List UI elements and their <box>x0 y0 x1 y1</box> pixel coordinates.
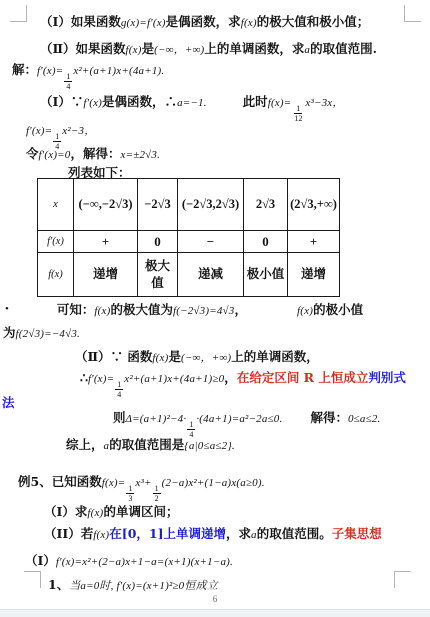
table-cell: 0 <box>244 231 288 253</box>
fraction-denominator: 12 <box>292 114 304 123</box>
math-segment: f′(x)=0 <box>39 149 71 161</box>
text-segment: 解得： <box>310 410 348 425</box>
line-inequality: ∴f′(x)=14x²+(a+1)x+(4a+1)≥0，在给定区间 R 上恒成立… <box>80 368 406 399</box>
math-segment: f′(x)= <box>88 373 114 385</box>
math-segment: 当a=0时, f′(x)=(x+1)²≥0恒成立 <box>69 580 218 592</box>
fraction-denominator: 4 <box>64 82 72 91</box>
table-cell: (2√3,+∞) <box>288 179 340 231</box>
text-segment: 令 <box>26 146 39 161</box>
text-segment: 是偶函数，求 <box>166 14 241 29</box>
table-cell: 递增 <box>288 253 340 297</box>
text-segment: ∴ <box>80 370 88 385</box>
math-segment: f′(x)=x²+(2−a)x+1−a=(x+1)(x+1−a). <box>56 556 233 568</box>
table-cell: 极小值 <box>244 253 288 297</box>
table-cell: (−2√3,2√3) <box>178 179 244 231</box>
fraction-numerator: 1 <box>153 484 161 494</box>
text-segment: 是 <box>142 41 155 56</box>
table-row: f(x) 递增 极大值 递减 极小值 递增 <box>38 253 340 297</box>
text-segment: 上的单调函数，求 <box>204 41 304 56</box>
text-segment: 的极大值为 <box>110 302 173 317</box>
table-cell: 2√3 <box>244 179 288 231</box>
table-row: x (−∞,−2√3) −2√3 (−2√3,2√3) 2√3 (2√3,+∞) <box>38 179 340 231</box>
text-segment: 例5、已知函数 <box>18 474 102 489</box>
text-segment: （Ⅱ）如果函数 <box>40 41 126 56</box>
table-cell: + <box>288 231 340 253</box>
table-cell: − <box>178 231 244 253</box>
fraction-numerator: 1 <box>187 420 195 430</box>
math-segment: x²+(a+1)x+(4a+1)≥0 <box>124 373 224 385</box>
line-question-1: （Ⅰ）如果函数g(x)=f′(x)是偶函数，求f(x)的极大值和极小值； <box>40 12 369 33</box>
math-segment: f′(x)= <box>37 65 63 77</box>
margin-mark-bottom-left <box>24 571 41 588</box>
line-solution-derivative: 解：f′(x)=14x²+(a+1)x+(4a+1). <box>12 60 164 91</box>
table-cell: f′(x) <box>38 231 74 253</box>
line-example5: 例5、已知函数f(x)=13x³+12(2−a)x²+(1−a)x(a≥0). <box>18 472 265 503</box>
math-segment: a=−1. <box>177 97 207 109</box>
text-segment: 上的单调函数， <box>231 349 319 364</box>
text-segment: （II）若 <box>44 526 93 541</box>
math-segment: g(x)=f′(x) <box>121 17 166 29</box>
line-annotation-continued: 法 <box>2 393 15 414</box>
line-solve-roots: 令f′(x)=0，解得：x=±2√3. <box>26 144 160 165</box>
text-segment: 是偶函数， <box>102 94 165 109</box>
text-segment: 的取值范围。 <box>257 526 332 541</box>
line-extrema-conclusion-2: 为f(2√3)=−4√3. <box>3 323 80 344</box>
fraction-1-12: 112 <box>292 104 304 123</box>
table-cell: −2√3 <box>138 179 178 231</box>
line-example5-part2: （II）若f(x)在[0，1]上单调递增，求a的取值范围。子集思想 <box>44 524 382 545</box>
line-case1: 1、当a=0时, f′(x)=(x+1)²≥0恒成立 <box>48 575 218 596</box>
math-segment: (−∞，+∞) <box>181 352 231 364</box>
text-segment: （I） <box>25 553 56 568</box>
bullet-icon: • <box>5 303 9 315</box>
table-cell: (−∞,−2√3) <box>74 179 138 231</box>
page-number: 6 <box>0 594 430 604</box>
fraction-numerator: 1 <box>64 72 72 82</box>
line-extrema-conclusion: •可知：f(x)的极大值为f(−2√3)=4√3，f(x)的极小值 <box>5 300 363 321</box>
math-segment: ·(4a+1)=a²−2a≤0. <box>196 413 282 425</box>
math-segment: 0≤a≤2. <box>348 413 381 425</box>
text-segment: 的极小值 <box>313 302 363 317</box>
table-cell: + <box>74 231 138 253</box>
table-cell: f(x) <box>38 253 74 297</box>
text-segment: 1、 <box>48 577 69 592</box>
table-cell: 递增 <box>74 253 138 297</box>
text-segment: 综上， <box>66 437 104 452</box>
text-segment: ， <box>234 302 247 317</box>
math-segment: x³+ <box>135 477 151 489</box>
math-segment: f(−2√3)=4√3 <box>173 305 235 317</box>
document-page: （Ⅰ）如果函数g(x)=f′(x)是偶函数，求f(x)的极大值和极小值； （Ⅱ）… <box>0 0 430 617</box>
text-segment: （Ⅰ）∵ <box>40 94 83 109</box>
math-segment: Δ=(a+1)²−4· <box>126 413 187 425</box>
line-solution-factor: （I）f′(x)=x²+(2−a)x+1−a=(x+1)(x+1−a). <box>25 551 233 572</box>
math-segment: f(x)= <box>268 97 292 109</box>
margin-mark-top-right <box>404 5 421 22</box>
math-segment: f(x) <box>126 44 142 56</box>
math-segment: f(x) <box>241 17 257 29</box>
text-segment: 此时 <box>243 94 268 109</box>
math-segment: f(x) <box>93 529 109 541</box>
red-annotation: 在给定区间 R 上恒成立 <box>237 370 369 385</box>
fraction-1-3: 13 <box>126 484 134 503</box>
text-segment: ，求 <box>226 526 251 541</box>
margin-mark-top-left <box>10 5 27 22</box>
math-segment: f(x)= <box>102 477 126 489</box>
math-segment: (−∞，+∞) <box>154 44 204 56</box>
line-example5-part1: （I）求f(x)的单调区间； <box>44 502 178 523</box>
math-segment: f′(x) <box>83 97 102 109</box>
fraction-numerator: 1 <box>115 380 123 390</box>
fraction-1-4: 14 <box>115 380 123 399</box>
text-segment: ，解得： <box>71 146 121 161</box>
line-range-conclusion: 综上，a的取值范围是{a|0≤a≤2}. <box>66 435 235 456</box>
math-segment: f(x) <box>297 305 313 317</box>
text-segment: 的取值范围. <box>310 41 377 56</box>
text-segment: 的取值范围是 <box>109 437 184 452</box>
math-segment: f(x) <box>152 352 168 364</box>
math-segment: {a|0≤a≤2}. <box>184 440 235 452</box>
table-cell: 递减 <box>178 253 244 297</box>
blue-annotation: 在[0，1]上单调递增 <box>109 526 226 541</box>
table-cell: x <box>38 179 74 231</box>
fraction-1-4: 14 <box>64 72 72 91</box>
fraction-denominator: 4 <box>115 390 123 399</box>
line-part2-monotonic: （Ⅱ）∵ 函数f(x)是(−∞，+∞)上的单调函数， <box>75 347 319 368</box>
line-question-2: （Ⅱ）如果函数f(x)是(−∞，+∞)上的单调函数，求a的取值范围. <box>40 39 377 60</box>
math-segment: x²+(a+1)x+(4a+1). <box>73 65 164 77</box>
table-row: f′(x) + 0 − 0 + <box>38 231 340 253</box>
math-segment: x²−3， <box>62 125 95 137</box>
monotonicity-table: x (−∞,−2√3) −2√3 (−2√3,2√3) 2√3 (2√3,+∞)… <box>37 178 340 297</box>
blue-annotation: 判别式 <box>368 370 406 385</box>
math-segment: f(x) <box>87 507 103 519</box>
fraction-numerator: 1 <box>126 484 134 494</box>
text-segment: 的单调区间； <box>103 504 178 519</box>
text-segment: 则 <box>113 410 126 425</box>
text-segment: 的极大值和极小值； <box>257 14 370 29</box>
math-segment: (2−a)x²+(1−a)x(a≥0). <box>162 477 265 489</box>
text-segment: （Ⅱ）∵ 函数 <box>75 349 152 364</box>
text-segment: （I）求 <box>44 504 87 519</box>
text-segment: 可知： <box>57 302 95 317</box>
math-segment: x=±2√3. <box>121 149 161 161</box>
text-segment: 解： <box>12 62 37 77</box>
window-edge <box>0 609 430 617</box>
red-annotation: 子集思想 <box>332 526 382 541</box>
text-segment: ∴ <box>165 94 178 109</box>
math-segment: f(x) <box>94 305 110 317</box>
text-segment: ， <box>224 370 237 385</box>
blue-annotation: 法 <box>2 395 15 410</box>
fraction-numerator: 1 <box>294 104 302 114</box>
table-cell: 0 <box>138 231 178 253</box>
fraction-numerator: 1 <box>53 132 61 142</box>
fraction-1-2: 12 <box>153 484 161 503</box>
text-segment: （Ⅰ）如果函数 <box>40 14 121 29</box>
line-part1-even: （Ⅰ）∵f′(x)是偶函数，∴a=−1.此时f(x)=112x³−3x， <box>40 92 344 123</box>
table-cell: 极大值 <box>138 253 178 297</box>
text-segment: 为 <box>3 325 16 340</box>
math-segment: f′(x)= <box>26 125 52 137</box>
text-segment: 是 <box>168 349 181 364</box>
math-segment: f(2√3)=−4√3. <box>16 328 80 340</box>
math-segment: x³−3x， <box>305 97 343 109</box>
margin-mark-bottom-right <box>394 571 411 588</box>
